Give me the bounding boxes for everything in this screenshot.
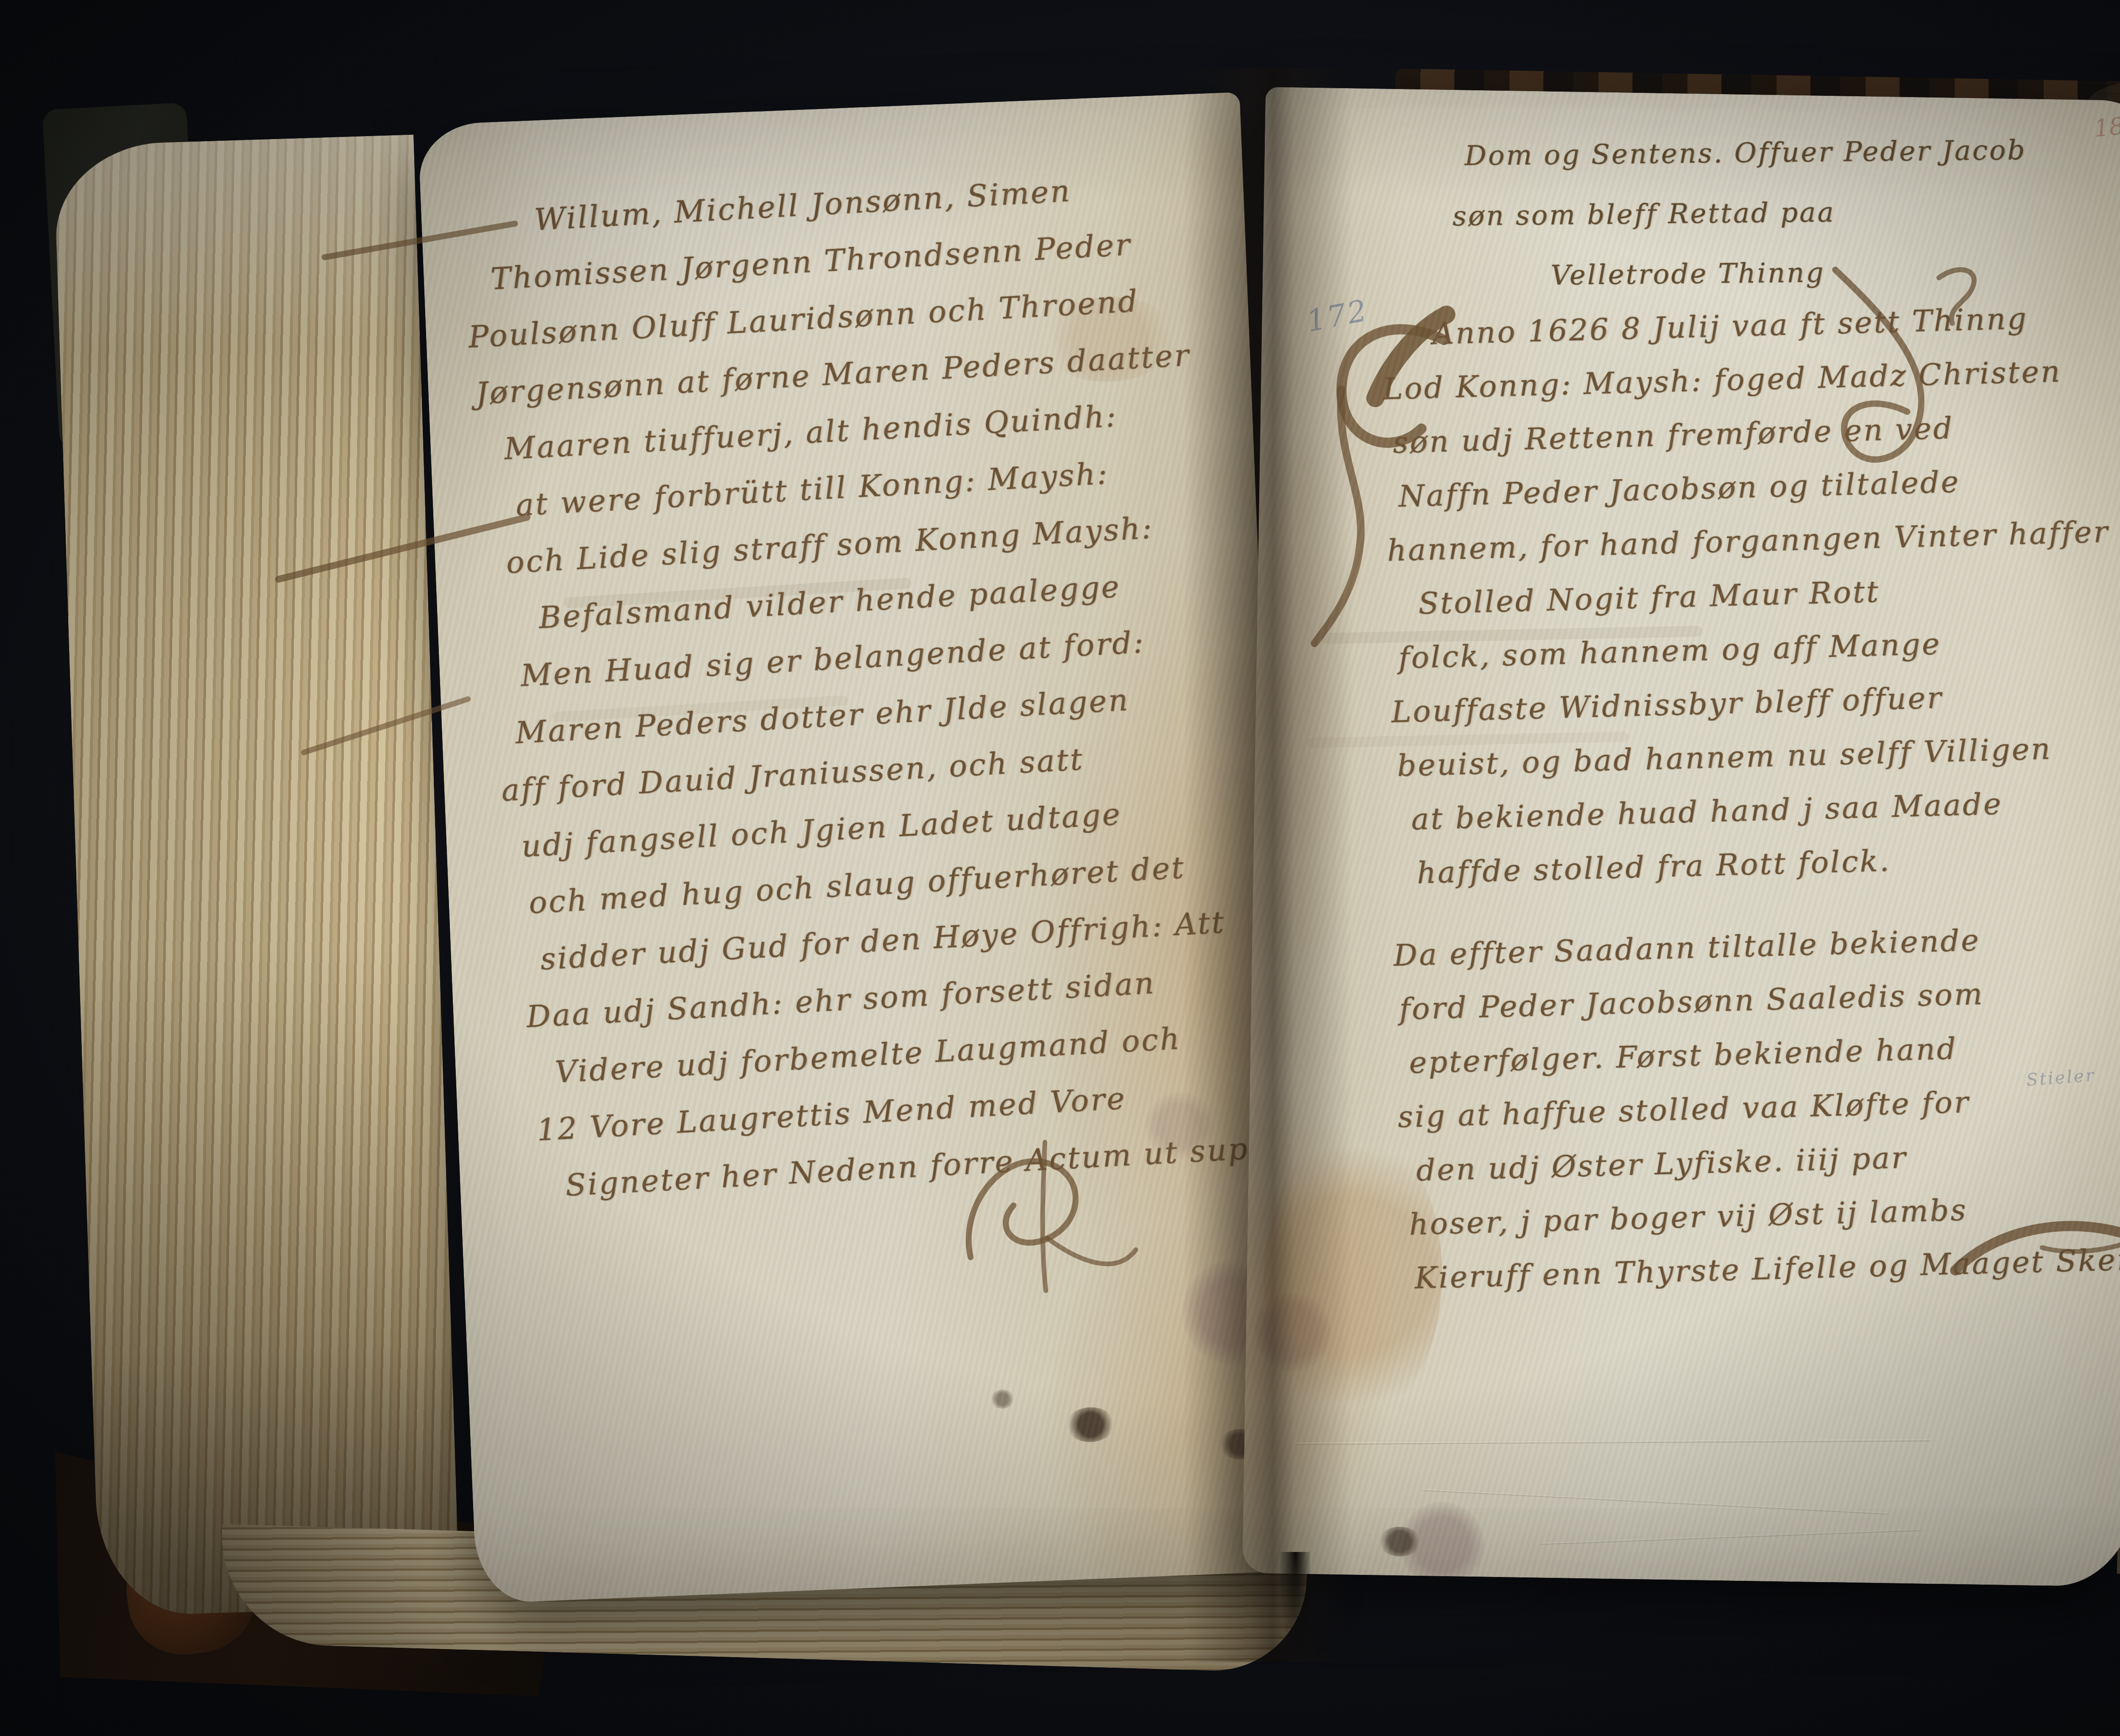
crease	[1540, 1529, 1922, 1545]
manuscript-line: sig at haffue stolled vaa Kløfte for	[1397, 1071, 2120, 1144]
folio-number: 183	[2093, 111, 2120, 142]
gutter-shadow	[1187, 68, 1353, 1662]
manuscript-line: hoser, j par boger vij Øst ij lambs	[1409, 1179, 2120, 1252]
manuscript-line: Men Huad sig er belangende at ford:	[519, 608, 1259, 704]
manuscript-line: Kieruff enn Thyrste Lifelle og Maaget Sk…	[1414, 1233, 2120, 1306]
paragraph-gap	[1379, 882, 2120, 929]
manuscript-line: Louffaste Widnissbyr bleff offuer	[1391, 666, 2120, 739]
stain	[1399, 1501, 1485, 1587]
left-fore-edge-pages	[53, 135, 460, 1617]
bottom-flourish-icon	[1947, 1200, 2120, 1292]
manuscript-line: Befalsmand vilder hende paalegge	[537, 551, 1255, 646]
manuscript-line: aff ford Dauid Jraniussen, och satt	[500, 721, 1265, 819]
left-page: Willum, Michell Jonsønn, Simen Thomissen…	[418, 92, 1299, 1604]
left-page-text: Willum, Michell Jonsønn, Simen Thomissen…	[461, 154, 1286, 1217]
manuscript-line: Lod Konng: Maysh: foged Madz Christen	[1382, 343, 2115, 416]
manuscript-line: och Lide slig straff som Konng Maysh:	[505, 494, 1252, 592]
right-page: 183 Dom og Sentens. Offuer Peder Jacob s…	[1242, 87, 2120, 1587]
ink-bleed-through	[1306, 731, 1629, 748]
manuscript-line: beuist, og bad hannem nu selff Villigen	[1396, 720, 2120, 793]
manuscript-line: den udj Øster Lyfiske. iiij par	[1415, 1125, 2120, 1197]
manuscript-line: 12 Vore Laugrettis Mend med Vore	[536, 1062, 1283, 1159]
heading-flourish-icon	[1806, 257, 1997, 497]
heading-line: søn som bleff Rettad paa	[1452, 180, 2027, 246]
manuscript-line: at bekiende huad hand j saa Maade	[1411, 774, 2120, 846]
manuscript-line: Jørgensønn at førne Maren Peders daatter	[474, 324, 1243, 422]
stain	[1040, 294, 1179, 385]
signature-flourish-icon	[937, 1123, 1148, 1317]
manuscript-line: Thomissen Jørgenn Throndsenn Peder	[489, 210, 1237, 307]
manuscript-line: Poulsønn Oluff Lauridsønn och Throend	[467, 267, 1240, 366]
ink-spot	[990, 1389, 1015, 1409]
right-page-heading: Dom og Sentens. Offuer Peder Jacob søn s…	[1464, 120, 2028, 307]
right-page-body: Anno 1626 8 Julij vaa ft sett Thinng Lod…	[1364, 289, 2120, 1306]
manuscript-line: udj fangsell och Jgien Ladet udtage	[520, 778, 1268, 875]
manuscript-line: Naffn Peder Jacobsøn og tiltalede	[1398, 451, 2118, 523]
manuscript-line: folck, som hannem og aff Mange	[1398, 612, 2120, 685]
manuscript-line: Da effter Saadann tiltalle bekiende	[1393, 910, 2120, 982]
manuscript-line: sidder udj Gud for den Høye Offrigh: Att	[539, 891, 1274, 988]
ink-bleed-through	[1321, 626, 1702, 644]
margin-pencil-note: Stieler	[2024, 1047, 2098, 1108]
manuscript-line: Willum, Michell Jonsønn, Simen	[533, 154, 1234, 248]
manuscript-line: ford Peder Jacobsønn Saaledis som	[1398, 963, 2120, 1036]
photo-stage: Willum, Michell Jonsønn, Simen Thomissen…	[0, 0, 2120, 1736]
manuscript-line: haffde stolled fra Rott folck.	[1416, 828, 2120, 900]
manuscript-line: Signeter her Nedenn forre Actum ut supra	[564, 1118, 1286, 1214]
ink-spot	[1378, 1527, 1421, 1557]
manuscript-line: Maren Peders dotter ehr Jlde slagen	[514, 664, 1262, 762]
gutter-tear	[1280, 1552, 1310, 1654]
manuscript-line: Maaren tiuffuerj, alt hendis Quindh:	[503, 381, 1247, 477]
crease	[1295, 1439, 1931, 1445]
manuscript-line: Daa udj Sandh: ehr som forsett sidan	[525, 948, 1277, 1045]
manuscript-line: Stolled Nogit fra Maur Rott	[1417, 558, 2120, 631]
manuscript-line: och med hug och slaug offuerhøret det	[527, 835, 1271, 931]
manuscript-line: hannem, for hand forganngen Vinter haffe…	[1386, 505, 2119, 578]
manuscript-line: Anno 1626 8 Julij vaa ft sett Thinng	[1432, 289, 2114, 361]
heading-line: Dom og Sentens. Offuer Peder Jacob	[1464, 120, 2027, 186]
crease	[1422, 1489, 1888, 1515]
manuscript-line: at were forbrütt till Konng: Maysh:	[514, 438, 1250, 534]
manuscript-line: søn udj Rettenn fremførde en ved	[1392, 397, 2116, 470]
ink-spot	[1066, 1407, 1116, 1443]
ink-bleed-through	[564, 578, 912, 608]
manuscript-line: epterfølger. Først bekiende hand	[1409, 1017, 2120, 1090]
manuscript-line: Videre udj forbemelte Laugmand och	[553, 1005, 1280, 1101]
heading-line: Velletrode Thinng	[1551, 240, 2028, 306]
ink-bleed-through	[552, 695, 848, 722]
